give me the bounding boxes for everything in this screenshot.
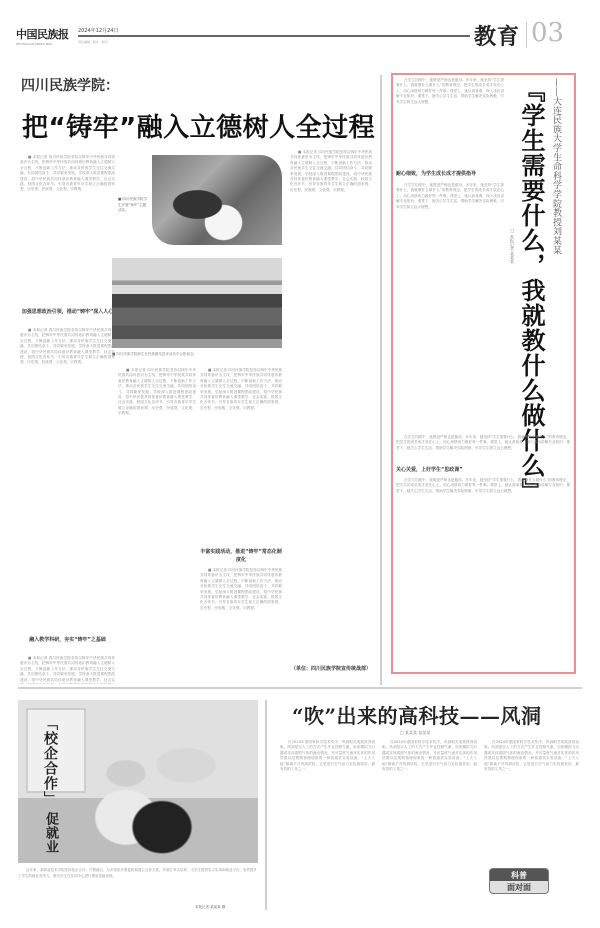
popular-science-badge: 科普 面对面 [489,868,549,894]
photo1-caption: ■ 四川民族学院学生开展“铸牢”主题活动。 [118,197,148,214]
photo-title: 「校企合作」 促就业 [40,716,60,854]
photo3-caption: 近年来，某职业技术学院坚持校企合作、产教融合，与多家医疗康复机构建立合作关系，开… [18,868,258,879]
photo2-caption: ■ 四川民族学院师生在民族团结进步活动中合影留念。 [112,352,287,357]
bottom-column-divider [265,700,267,910]
issue-date: 2024年12月24日 [78,27,118,34]
article-body-col2: ■ 本报记者 四川民族学院坚持以铸牢中华民族共同体意识为主线，把铸牢中华民族共同… [118,368,196,684]
article-body-col1c: ■ 本报记者 四川民族学院坚持以铸牢中华民族共同体意识为主线，把铸牢中华民族共同… [20,656,115,684]
section-title: 教育 [474,20,520,51]
article-body-col1a: ■ 本报记者 四川民族学院坚持以铸牢中华民族共同体意识为主线，把铸牢中华民族共同… [20,155,115,305]
article-footer: （单位：四川民族学院宣传统战部） [290,665,372,673]
newspaper-logo: 中国民族报 [16,26,69,42]
masthead: 中国民族报 ZHONGGUO MINZU BAO 2024年12月24日 责任编… [16,18,586,58]
wind-tunnel-body-3: 在2024年度国家科学技术奖中，风洞相关成果获得表彰。风洞是以人工的方式产生并且… [484,740,579,862]
badge-bottom-label: 面对面 [490,882,548,893]
article-subhead-2: 融入教学科研，夯实“铸牢”之基础 [20,636,115,644]
page-number: 03 [531,18,564,48]
article-body-col3b: ■ 本报记者 四川民族学院坚持以铸牢中华民族共同体意识为主线，把铸牢中华民族共同… [200,568,282,684]
photo-group [112,258,282,348]
article-kicker: 四川民族学院： [21,75,119,95]
column-divider [380,75,382,685]
section-divider [526,22,527,48]
wind-tunnel-body-2: 在2024年度国家科学技术奖中，风洞相关成果获得表彰。风洞是以人工的方式产生并且… [382,740,477,920]
wind-tunnel-headline: “吹”出来的高科技——风洞 [292,700,542,729]
photo-title-secondary: 促就业 [43,812,58,854]
masthead-meta: 责任编辑 · 版式 · 校对 [78,40,198,44]
masthead-rule [78,35,470,37]
featured-subhead-2: 关心关爱，上好学生“思政课” [396,466,570,474]
photo-students-reading [152,155,282,245]
article-body-col3a: ■ 本报记者 四川民族学院坚持以铸牢中华民族共同体意识为主线，把铸牢中华民族共同… [200,368,282,508]
photo-title-main: 「校企合作」 [42,716,58,806]
wind-tunnel-body-1: 在2024年度国家科学技术奖中，风洞相关成果获得表彰。风洞是以人工的方式产生并且… [280,740,375,920]
featured-subtitle: ——大连民族大学生命科学学院教授刘某某 [550,78,563,255]
article-subhead-3: 丰富实践活动，推进“铸牢”常态化制度化 [200,548,282,564]
featured-body-3: 在学生们眼中，她既是严师也是慈母。多年来，她坚持“学生需要什么，我就教什么做什么… [396,435,570,465]
article-subhead-1: 加强思想政治引领，推动“铸牢”深入人心 [20,308,115,316]
featured-body-1: 在学生们眼中，她既是严师也是慈母。多年来，她坚持“学生需要什么，我就教什么做什么… [396,78,504,178]
featured-body-4: 在学生们眼中，她既是严师也是慈母。多年来，她坚持“学生需要什么，我就教什么做什么… [396,478,570,670]
featured-byline: □ 本报记者 某某某 [509,228,515,264]
section-divider-line [18,687,582,689]
featured-body-2: 在学生们眼中，她既是严师也是慈母。多年来，她坚持“学生需要什么，我就教什么做什么… [396,183,504,433]
article-headline: 把“铸牢”融入立德树人全过程 [22,107,375,144]
newspaper-logo-sub: ZHONGGUO MINZU BAO [16,42,52,46]
badge-top-label: 科普 [490,870,548,881]
article-body-col1b: ■ 本报记者 四川民族学院坚持以铸牢中华民族共同体意识为主线，把铸牢中华民族共同… [20,328,115,633]
wind-tunnel-byline: □ 某某某 某某某 [400,730,430,736]
photo3-credit: 本报记者 某某某 摄 [195,905,225,910]
featured-subhead-1: 耐心细致，为学生成长成才提供指导 [396,170,504,178]
article-body-col4: ■ 本报记者 四川民族学院坚持以铸牢中华民族共同体意识为主线，把铸牢中华民族共同… [290,150,372,650]
